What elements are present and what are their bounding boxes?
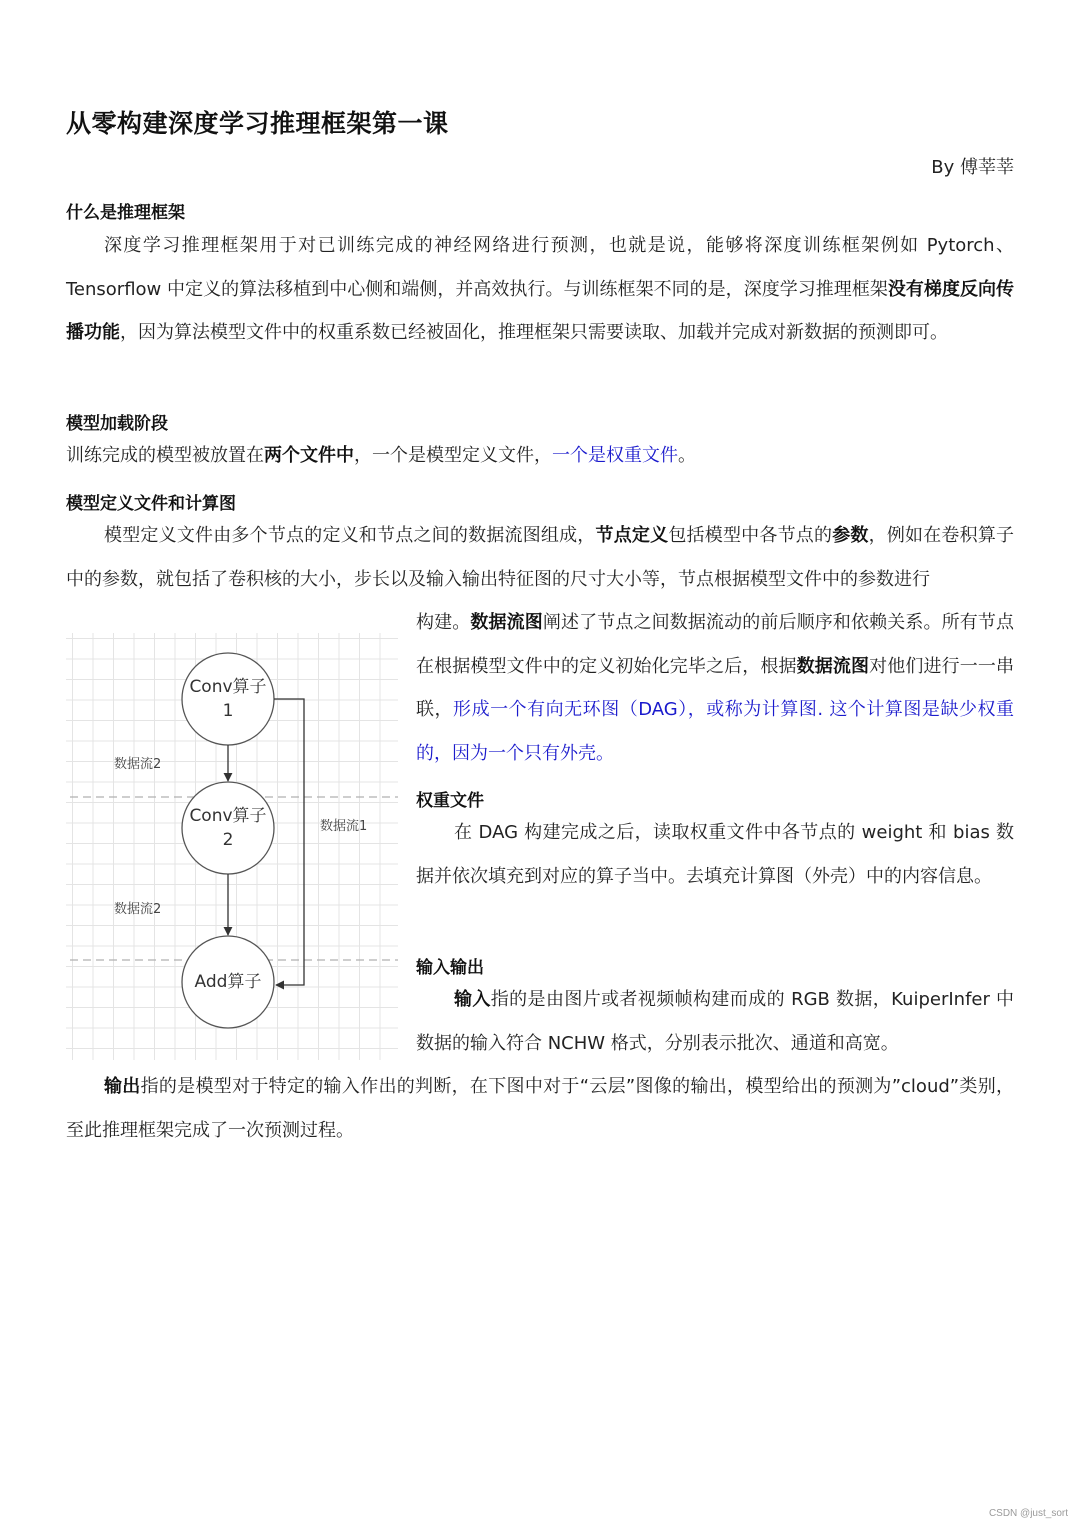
text: 包括模型中各节点的: [668, 525, 832, 546]
edge-label-flow2-top: 数据流2: [114, 753, 161, 772]
paragraph-input: 输入指的是由图片或者视频帧构建而成的 RGB 数据，KuiperInfer 中数…: [416, 978, 1014, 1065]
highlight-text: 一个是权重文件: [552, 445, 678, 466]
paragraph-what-is: 深度学习推理框架用于对已训练完成的神经网络进行预测，也就是说，能够将深度训练框架…: [66, 224, 1014, 355]
node-label: Conv算子: [182, 804, 274, 828]
node-label: Add算子: [182, 970, 274, 994]
computation-graph-diagram: Conv算子 1 Conv算子 2 Add算子 数据流2 数据流2 数据流1: [66, 633, 398, 1060]
node-conv2: Conv算子 2: [182, 804, 274, 852]
heading-model-definition: 模型定义文件和计算图: [66, 489, 236, 514]
highlight-text: 形成一个有向无环图（DAG），或称为计算图. 这个计算图是缺少权重的，因为一个只…: [416, 699, 1014, 764]
node-index: 1: [182, 699, 274, 723]
edge-label-flow2-bottom: 数据流2: [114, 898, 161, 917]
document-author: By 傅莘莘: [931, 153, 1014, 179]
bold-text: 数据流图: [797, 656, 870, 677]
bold-text: 数据流图: [470, 612, 543, 633]
heading-model-loading: 模型加载阶段: [66, 409, 168, 434]
text: 指的是由图片或者视频帧构建而成的 RGB 数据，KuiperInfer 中数据的…: [416, 989, 1014, 1054]
text: 。: [678, 445, 696, 466]
text: ，因为算法模型文件中的权重系数已经被固化，推理框架只需要读取、加载并完成对新数据…: [120, 322, 948, 343]
bold-text: 两个文件中: [264, 445, 354, 466]
node-index: 2: [182, 828, 274, 852]
text: 模型定义文件由多个节点的定义和节点之间的数据流图组成，: [104, 525, 596, 546]
paragraph-model-def: 模型定义文件由多个节点的定义和节点之间的数据流图组成，节点定义包括模型中各节点的…: [66, 514, 1014, 601]
text: ，一个是模型定义文件，: [354, 445, 552, 466]
document-title: 从零构建深度学习推理框架第一课: [66, 104, 449, 140]
csdn-watermark: CSDN @just_sort: [989, 1508, 1068, 1519]
heading-weights-file: 权重文件: [416, 786, 484, 811]
node-label: Conv算子: [182, 675, 274, 699]
paragraph-loading: 训练完成的模型被放置在两个文件中，一个是模型定义文件，一个是权重文件。: [66, 434, 1014, 478]
bold-text: 节点定义: [596, 525, 669, 546]
bold-text: 参数: [832, 525, 868, 546]
paragraph-dataflow: 构建。数据流图阐述了节点之间数据流动的前后顺序和依赖关系。所有节点在根据模型文件…: [416, 601, 1014, 775]
heading-input-output: 输入输出: [416, 953, 484, 978]
node-add: Add算子: [182, 970, 274, 994]
text: 指的是模型对于特定的输入作出的判断，在下图中对于“云层”图像的输出，模型给出的预…: [66, 1076, 1014, 1141]
node-conv1: Conv算子 1: [182, 675, 274, 723]
bold-text: 输出: [104, 1076, 141, 1097]
text: 训练完成的模型被放置在: [66, 445, 264, 466]
edge-conv1-add: [274, 699, 304, 985]
text: 深度学习推理框架用于对已训练完成的神经网络进行预测，也就是说，能够将深度训练框架…: [66, 235, 1014, 300]
heading-what-is-inference-framework: 什么是推理框架: [66, 198, 185, 223]
paragraph-output: 输出指的是模型对于特定的输入作出的判断，在下图中对于“云层”图像的输出，模型给出…: [66, 1065, 1014, 1152]
edge-label-flow1: 数据流1: [320, 815, 367, 834]
text: 构建。: [416, 612, 470, 633]
paragraph-weights: 在 DAG 构建完成之后，读取权重文件中各节点的 weight 和 bias 数…: [416, 811, 1014, 898]
bold-text: 输入: [454, 989, 491, 1010]
